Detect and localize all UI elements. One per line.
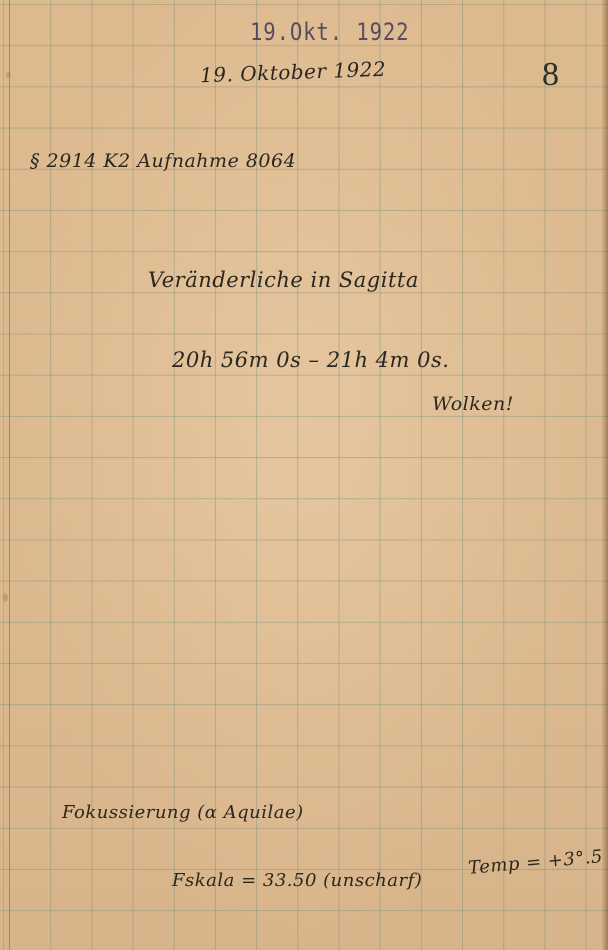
weather-note: Wolken! bbox=[432, 393, 514, 415]
focusing-note: Fokussierung (α Aquilae) bbox=[62, 802, 304, 823]
page-number: 8 bbox=[542, 56, 559, 94]
paper-stain bbox=[3, 593, 8, 602]
notebook-page: 19.Okt. 1922 8 19. Oktober 1922 § 2914 K… bbox=[0, 0, 608, 950]
focus-scale-note: Fskala = 33.50 (unscharf) bbox=[172, 870, 422, 891]
paper-stain bbox=[6, 72, 11, 78]
page-edge-shadow bbox=[602, 0, 608, 950]
date-stamp: 19.Okt. 1922 bbox=[250, 18, 409, 46]
observation-heading: Veränderliche in Sagitta bbox=[148, 268, 419, 292]
left-margin-line bbox=[9, 0, 10, 950]
binding-edge-line bbox=[3, 0, 4, 950]
catalog-reference: § 2914 K2 Aufnahme 8064 bbox=[30, 150, 296, 172]
time-range: 20h 56m 0s – 21h 4m 0s. bbox=[172, 348, 449, 372]
